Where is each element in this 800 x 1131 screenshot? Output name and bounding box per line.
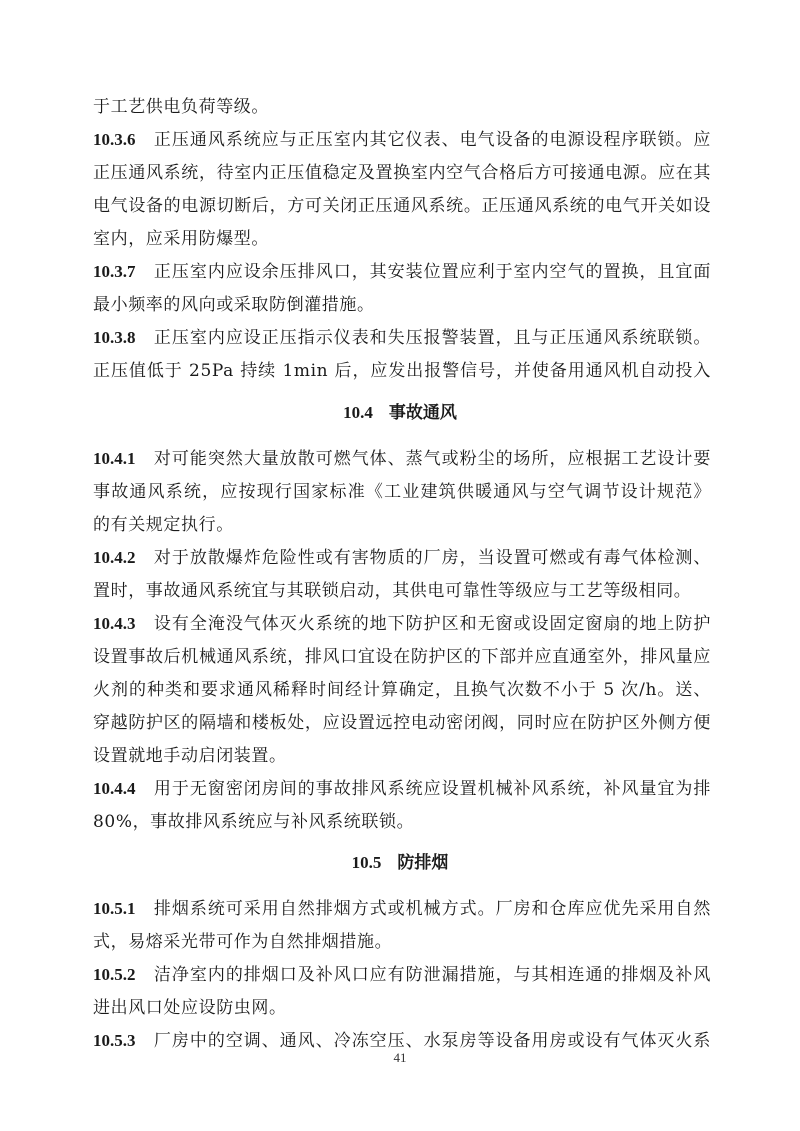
clause-10-5-1: 10.5.1排烟系统可采用自然排烟方式或机械方式。厂房和仓库应优先采用自然排烟方 [93,898,711,920]
text-line: 于工艺供电负荷等级。 [93,96,711,118]
clause-10-4-4: 10.4.4用于无窗密闭房间的事故排风系统应设置机械补风系统，补风量宜为排风量的 [93,778,711,800]
text-line: 电气设备的电源切断后，方可关闭正压通风系统。正压通风系统的电气开关如设在正压 [93,195,711,217]
text-line: 式，易熔采光带可作为自然排烟措施。 [93,931,711,953]
clause-number: 10.5.2 [93,965,136,984]
clause-10-5-2: 10.5.2洁净室内的排烟口及补风口应有防泄漏措施，与其相连通的排烟及补风系统的 [93,964,711,986]
text-line: 最小频率的风向或采取防倒灌措施。 [93,294,711,316]
clause-number: 10.4.2 [93,548,136,567]
text-line: 事故通风系统，应按现行国家标准《工业建筑供暖通风与空气调节设计规范》GB 500… [93,481,711,503]
clause-10-4-1: 10.4.1对可能突然大量放散可燃气体、蒸气或粉尘的场所，应根据工艺设计要求设置 [93,448,711,470]
clause-10-5-3: 10.5.3厂房中的空调、通风、冷冻空压、水泵房等设备用房或设有气体灭火系统的电 [93,1030,711,1052]
clause-number: 10.3.6 [93,130,136,149]
text-line: 进出风口处应设防虫网。 [93,997,711,1019]
section-heading-10-5: 10.5防排烟 [0,852,800,874]
clause-number: 10.4.1 [93,449,136,468]
clause-10-4-3: 10.4.3设有全淹没气体灭火系统的地下防护区和无窗或设固定窗扇的地上防护区，应 [93,613,711,635]
text-line: 的有关规定执行。 [93,514,711,536]
text-line: 置时，事故通风系统宜与其联锁启动，其供电可靠性等级应与工艺等级相同。 [93,580,711,602]
clause-number: 10.3.7 [93,262,136,281]
text-line: 设置就地手动启闭装置。 [93,745,711,767]
clause-number: 10.5.3 [93,1031,136,1050]
clause-number: 10.4.3 [93,614,136,633]
text-line: 穿越防护区的隔墙和楼板处，应设置远控电动密闭阀，同时应在防护区外侧方便操作处 [93,712,711,734]
clause-10-3-6: 10.3.6正压通风系统应与正压室内其它仪表、电气设备的电源设程序联锁。应先开启 [93,129,711,151]
clause-10-3-7: 10.3.7正压室内应设余压排风口，其安装位置应利于室内空气的置换，且宜面对常年 [93,261,711,283]
clause-number: 10.3.8 [93,328,136,347]
document-page: 于工艺供电负荷等级。 10.3.6正压通风系统应与正压室内其它仪表、电气设备的电… [0,0,800,1131]
text-line: 正压通风系统，待室内正压值稳定及置换室内空气合格后方可接通电源。应在其它仪表、 [93,162,711,184]
page-number: 41 [0,1050,800,1066]
text-line: 80%，事故排风系统应与补风系统联锁。 [93,811,711,833]
clause-10-3-8: 10.3.8正压室内应设正压指示仪表和失压报警装置，且与正压通风系统联锁。当室内 [93,327,711,349]
section-heading-10-4: 10.4事故通风 [0,402,800,424]
text-line: 室内，应采用防爆型。 [93,228,711,250]
clause-number: 10.4.4 [93,779,136,798]
text-line: 设置事故后机械通风系统，排风口宜设在防护区的下部并应直通室外，排风量应根据灭 [93,646,711,668]
text-line: 火剂的种类和要求通风稀释时间经计算确定，且换气次数不小于 5 次/h。送、排风管… [93,679,711,701]
clause-10-4-2: 10.4.2对于放散爆炸危险性或有害物质的厂房，当设置可燃或有毒气体检测、报警装 [93,547,711,569]
clause-number: 10.5.1 [93,899,136,918]
text-line: 正压值低于 25Pa 持续 1min 后，应发出报警信号，并使备用通风机自动投入… [93,360,711,382]
